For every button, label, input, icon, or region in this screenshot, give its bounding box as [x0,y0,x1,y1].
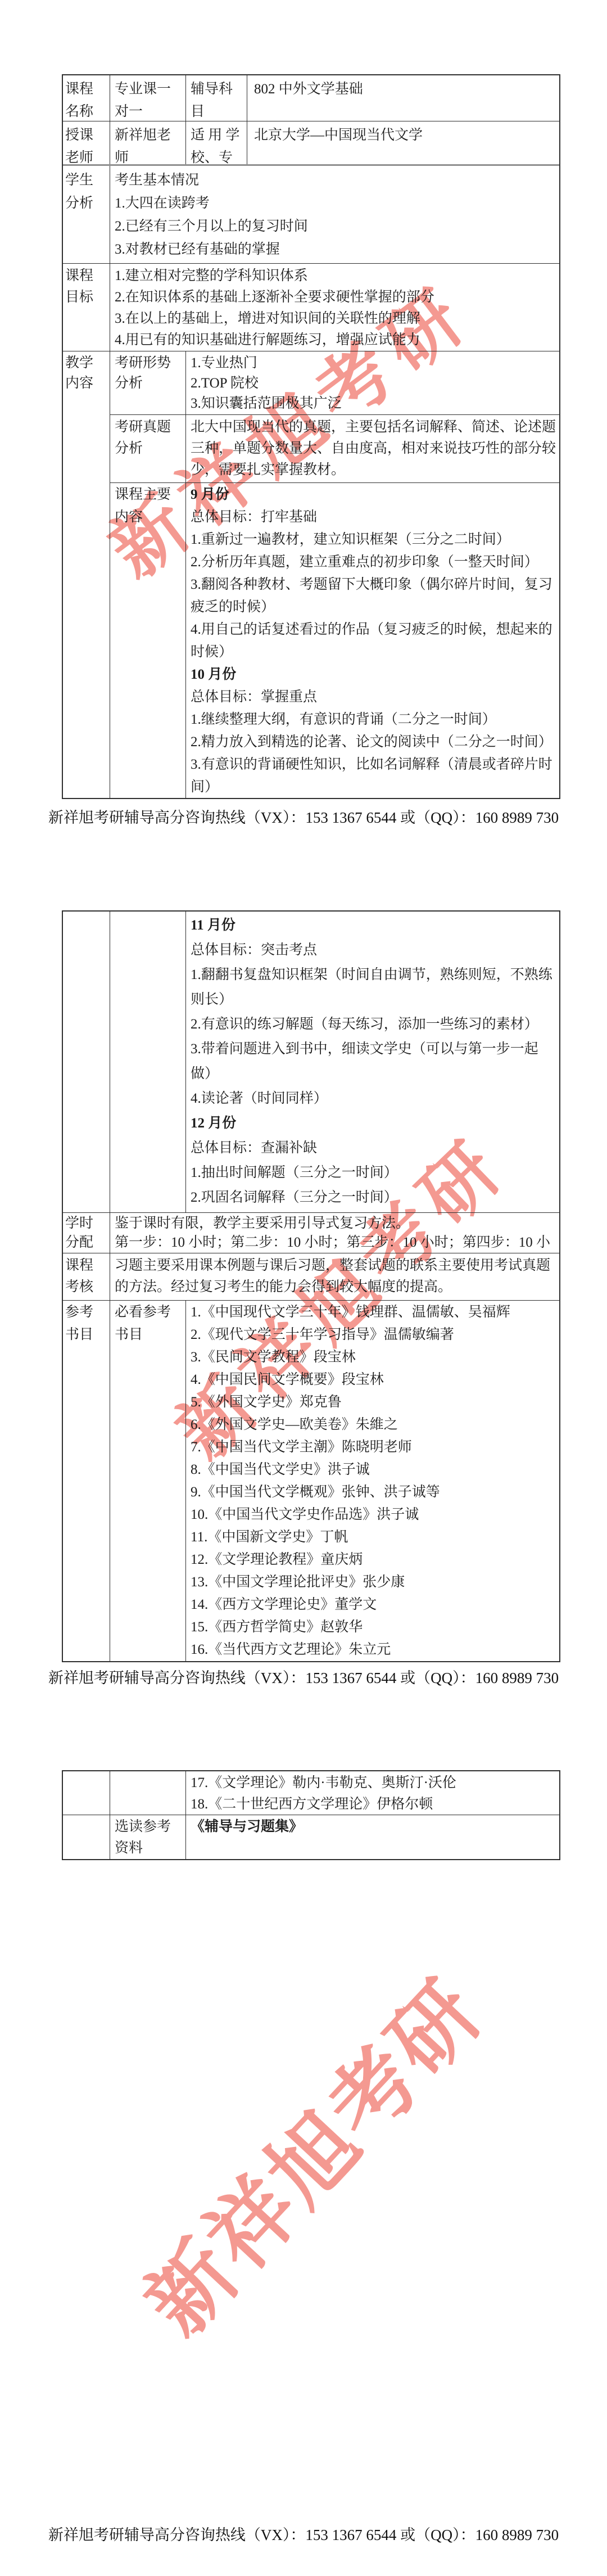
book-item: 7.《中国当代文学主潮》陈晓明老师 [191,1436,556,1459]
assessment-label: 课程考核 [63,1253,110,1300]
month-plan-december: 12 月份 总体目标：查漏补缺 1.抽出时间解题（三分之一时间） 2.巩固名词解… [191,1111,556,1212]
reference-books-continued-row: 17.《文学理论》勒内·韦勒克、奥斯汀·沃伦 18.《二十世纪西方文学理论》伊格… [63,1771,559,1815]
main-content-body: 9 月份 总体目标：打牢基础 1.重新过一遍教材，建立知识框架（三分之二时间） … [186,483,559,798]
course-goal-label: 课程目标 [63,264,110,351]
course-plan-table-page3: 17.《文学理论》勒内·韦勒克、奥斯汀·沃伦 18.《二十世纪西方文学理论》伊格… [62,1770,560,1860]
student-analysis-line: 1.大四在读跨考 [115,192,556,215]
book-item: 2.《现代文学三十年学习指导》温儒敏编著 [191,1324,556,1346]
subject-label: 辅导科目 [186,75,247,121]
month-item: 2.分析历年真题，建立重难点的初步印象（一整天时间） [191,551,556,574]
assessment-row: 课程考核 习题主要采用课本例题与课后习题，整套试题的联系主要使用考试真题的方法。… [63,1253,559,1301]
book-item: 13.《中国文学理论批评史》张少康 [191,1571,556,1594]
book-item: 5.《外国文学史》郑克鲁 [191,1391,556,1414]
book-item: 9.《中国当代文学概观》张钟、洪子诚等 [191,1481,556,1504]
book-item: 14.《西方文学理论史》董学文 [191,1594,556,1616]
document-page: 新祥旭考研 新祥旭考研 新祥旭考研 课程名称 专业课一对一 辅导科目 802 中… [0,0,607,2576]
main-content-continued-row: 11 月份 总体目标：突击考点 1.翻翻书复盘知识框架（时间自由调节，熟练则短，… [63,912,559,1213]
school-value: 北京大学—中国现当代文学 [247,121,559,164]
course-name-value: 专业课一对一 [110,75,186,121]
course-goal-line: 1.建立相对完整的学科知识体系 [115,265,556,287]
hotline-footer: 新祥旭考研辅导高分咨询热线（VX）：153 1367 6544 或（QQ）：16… [0,1666,607,1688]
optional-reading-row: 选读参考资料 《辅导与习题集》 [63,1815,559,1859]
book-item: 11.《中国新文学史》丁帆 [191,1526,556,1549]
past-paper-row: 考研真题分析 北大中国现当代的真题，主要包括名词解释、简述、论述题三种，单题分数… [110,415,559,483]
teacher-value: 新祥旭老师 [110,121,186,164]
month-goal: 总体目标：掌握重点 [191,686,556,709]
subject-value: 802 中外文学基础 [247,75,559,121]
main-content-continued-body: 11 月份 总体目标：突击考点 1.翻翻书复盘知识框架（时间自由调节，熟练则短，… [186,912,559,1212]
teacher-row: 授课老师 新祥旭老师 适 用 学校、专业 北京大学—中国现当代文学 [63,121,559,166]
book-item: 18.《二十世纪西方文学理论》伊格尔顿 [191,1794,556,1815]
book-item: 10.《中国当代文学史作品选》洪子诚 [191,1504,556,1526]
book-item: 16.《当代西方文艺理论》朱立元 [191,1639,556,1661]
student-analysis-row: 学生分析 考生基本情况 1.大四在读跨考 2.已经有三个月以上的复习时间 3.对… [63,166,559,264]
hotline-footer: 新祥旭考研辅导高分咨询热线（VX）：153 1367 6544 或（QQ）：16… [0,805,607,827]
month-item: 1.继续整理大纲，有意识的背诵（二分之一时间） [191,709,556,731]
hours-allocation-content: 鉴于课时有限，教学主要采用引导式复习方法。 第一步：10 小时；第二步：10 小… [110,1213,559,1253]
month-item: 1.翻翻书复盘知识框架（时间自由调节，熟练则短，不熟练则长） [191,963,556,1012]
empty-cell [110,912,186,1212]
watermark-stamp-bottom: 新祥旭考研 [113,1948,505,2357]
course-goal-line: 3.在以上的基础上，增进对知识间的关联性的理解 [115,308,556,330]
month-item: 2.巩固名词解释（三分之一时间） [191,1185,556,1210]
month-title: 9 月份 [191,484,556,506]
student-analysis-line: 3.对教材已经有基础的掌握 [115,238,556,261]
book-item: 12.《文学理论教程》童庆炳 [191,1549,556,1571]
exam-situation-line: 1.专业热门 [191,353,556,373]
month-item: 3.带着问题进入到书中，细读文学史（可以与第一步一起做） [191,1037,556,1086]
reference-books-label: 参考书目 [63,1301,110,1661]
course-plan-table-page2: 11 月份 总体目标：突击考点 1.翻翻书复盘知识框架（时间自由调节，熟练则短，… [62,910,560,1662]
exam-situation-content: 1.专业热门 2.TOP 院校 3.知识囊括范围极其广泛 [186,351,559,414]
main-content-row: 课程主要内容 9 月份 总体目标：打牢基础 1.重新过一遍教材，建立知识框架（三… [110,483,559,798]
empty-cell [63,912,110,1212]
hours-line: 鉴于课时有限，教学主要采用引导式复习方法。 [115,1214,556,1233]
month-item: 3.根据复习情况查漏补缺 [191,1210,556,1212]
course-goal-line: 4.用已有的知识基础进行解题练习，增强应试能力 [115,330,556,351]
past-paper-label: 考研真题分析 [110,415,186,482]
must-read-label: 必看参考书目 [110,1301,186,1661]
month-title: 12 月份 [191,1111,556,1136]
month-item: 1.抽出时间解题（三分之一时间） [191,1161,556,1185]
teaching-content-label: 教学内容 [63,351,110,798]
month-item: 4.用自己的话复述看过的作品（复习疲乏的时候，想起来的时候） [191,619,556,664]
assessment-content: 习题主要采用课本例题与课后习题，整套试题的联系主要使用考试真题的方法。经过复习考… [110,1253,559,1300]
month-goal: 总体目标：打牢基础 [191,506,556,529]
book-item: 6.《外国文学史—欧美卷》朱維之 [191,1414,556,1436]
month-plan-october: 10 月份 总体目标：掌握重点 1.继续整理大纲，有意识的背诵（二分之一时间） … [191,664,556,798]
month-item: 3.有意识的背诵硬性知识，比如名词解释（清晨或者碎片时间） [191,754,556,798]
exam-situation-line: 3.知识囊括范围极其广泛 [191,394,556,414]
past-paper-content: 北大中国现当代的真题，主要包括名词解释、简述、论述题三种，单题分数量大、自由度高… [186,415,559,482]
month-goal: 总体目标：查漏补缺 [191,1136,556,1161]
book-item: 15.《西方哲学简史》赵敦华 [191,1616,556,1639]
teaching-content-subtable: 考研形势分析 1.专业热门 2.TOP 院校 3.知识囊括范围极其广泛 考研真题… [110,351,559,798]
teacher-label: 授课老师 [63,121,110,164]
main-content-label: 课程主要内容 [110,483,186,798]
exam-situation-label: 考研形势分析 [110,351,186,414]
month-goal: 总体目标：突击考点 [191,938,556,963]
month-item: 2.精力放入到精选的论著、论文的阅读中（二分之一时间） [191,731,556,754]
must-read-book-list: 1.《中国现代文学三十年》钱理群、温儒敏、吴福辉 2.《现代文学三十年学习指导》… [186,1301,559,1661]
month-plan-september: 9 月份 总体目标：打牢基础 1.重新过一遍教材，建立知识框架（三分之二时间） … [191,484,556,664]
student-analysis-line: 2.已经有三个月以上的复习时间 [115,215,556,238]
course-plan-table-page1: 课程名称 专业课一对一 辅导科目 802 中外文学基础 授课老师 新祥旭老师 适… [62,74,560,799]
hours-allocation-label: 学时分配 [63,1213,110,1253]
month-item: 1.重新过一遍教材，建立知识框架（三分之二时间） [191,529,556,551]
course-name-label: 课程名称 [63,75,110,121]
month-title: 11 月份 [191,913,556,938]
exam-situation-row: 考研形势分析 1.专业热门 2.TOP 院校 3.知识囊括范围极其广泛 [110,351,559,415]
course-goal-content: 1.建立相对完整的学科知识体系 2.在知识体系的基础上逐渐补全要求硬性掌握的部分… [110,264,559,351]
exam-situation-line: 2.TOP 院校 [191,373,556,394]
course-goal-row: 课程目标 1.建立相对完整的学科知识体系 2.在知识体系的基础上逐渐补全要求硬性… [63,264,559,351]
book-item: 8.《中国当代文学史》洪子诚 [191,1459,556,1481]
hours-allocation-row: 学时分配 鉴于课时有限，教学主要采用引导式复习方法。 第一步：10 小时；第二步… [63,1213,559,1253]
teaching-content-row: 教学内容 考研形势分析 1.专业热门 2.TOP 院校 3.知识囊括范围极其广泛… [63,351,559,798]
month-item: 2.有意识的练习解题（每天练习，添加一些练习的素材） [191,1012,556,1037]
month-title: 10 月份 [191,664,556,686]
course-goal-line: 2.在知识体系的基础上逐渐补全要求硬性掌握的部分 [115,287,556,308]
book-item: 17.《文学理论》勒内·韦勒克、奥斯汀·沃伦 [191,1772,556,1794]
book-item: 3.《民间文学教程》段宝林 [191,1346,556,1369]
school-label: 适 用 学校、专业 [186,121,247,164]
student-analysis-label: 学生分析 [63,166,110,263]
optional-reading-value: 《辅导与习题集》 [186,1815,559,1859]
month-plan-november: 11 月份 总体目标：突击考点 1.翻翻书复盘知识框架（时间自由调节，熟练则短，… [191,913,556,1111]
student-analysis-content: 考生基本情况 1.大四在读跨考 2.已经有三个月以上的复习时间 3.对教材已经有… [110,166,559,263]
extra-book-list: 17.《文学理论》勒内·韦勒克、奥斯汀·沃伦 18.《二十世纪西方文学理论》伊格… [186,1771,559,1815]
month-item: 3.翻阅各种教材、考题留下大概印象（偶尔碎片时间，复习疲乏的时候） [191,574,556,619]
hotline-footer: 新祥旭考研辅导高分咨询热线（VX）：153 1367 6544 或（QQ）：16… [0,2523,607,2545]
empty-cell [110,1771,186,1815]
hours-line: 第一步：10 小时；第二步：10 小时；第三步：10 小时；第四步：10 小时 [115,1233,556,1253]
book-item: 4.《中国民间文学概要》段宝林 [191,1369,556,1391]
optional-reading-label: 选读参考资料 [110,1815,186,1859]
course-name-row: 课程名称 专业课一对一 辅导科目 802 中外文学基础 [63,75,559,121]
empty-cell [63,1815,110,1859]
empty-cell [63,1771,110,1815]
book-item: 1.《中国现代文学三十年》钱理群、温儒敏、吴福辉 [191,1301,556,1324]
reference-books-row: 参考书目 必看参考书目 1.《中国现代文学三十年》钱理群、温儒敏、吴福辉 2.《… [63,1301,559,1661]
month-item: 4.读论著（时间同样） [191,1086,556,1111]
student-analysis-line: 考生基本情况 [115,169,556,192]
